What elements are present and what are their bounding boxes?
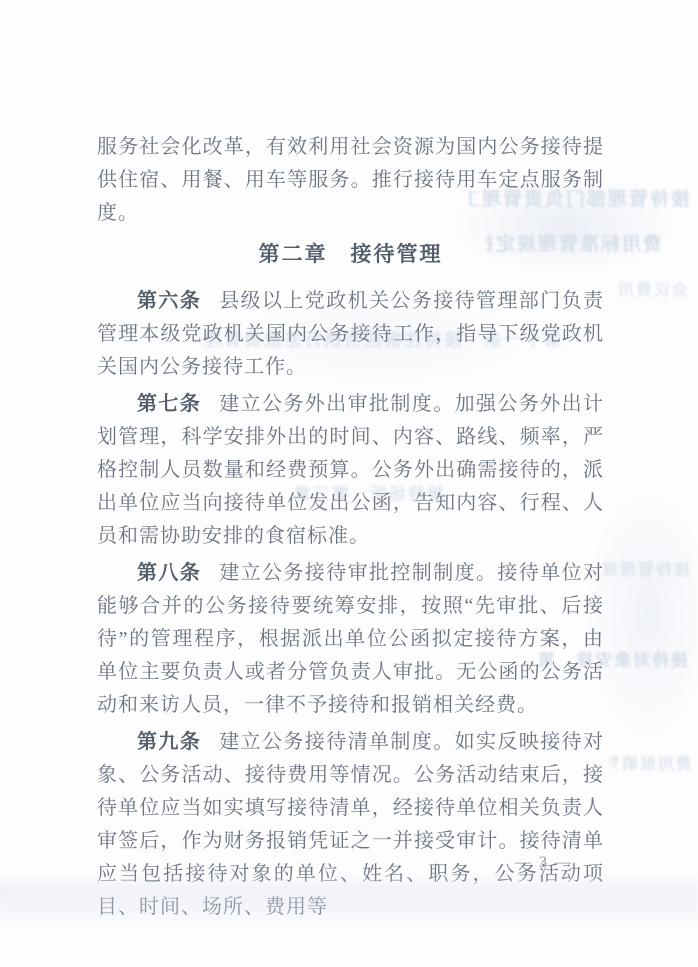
article-6-number: 第六条 [137,290,201,312]
article-7-text: 建立公务外出审批制度。加强公务外出计划管理，科学安排外出的时间、内容、路线、频率… [97,393,604,547]
article-9-number: 第九条 [137,731,201,753]
article-9: 第九条建立公务接待清单制度。如实反映接待对象、公务活动、接待费用等情况。公务活动… [97,726,604,924]
article-8-number: 第八条 [137,562,201,584]
bleed-through-text: 会议费用 [596,280,688,302]
bleed-through-text: 接待管理规定 [598,560,690,582]
chapter-heading: 第二章 接待管理 [97,238,604,271]
article-9-text: 建立公务接待清单制度。如实反映接待对象、公务活动、接待费用等情况。公务活动结束后… [97,731,604,918]
page-number: — 3 — [478,854,610,872]
document-page: 接待管理部门负责管理工作 费用标准管理规定执行 第十一条 接待住宿应当执行差旅费… [0,0,698,967]
article-8: 第八条建立公务接待审批控制制度。接待单位对能够合并的公务接待要统筹安排，按照“先… [97,557,604,722]
article-7: 第七条建立公务外出审批制度。加强公务外出计划管理，科学安排外出的时间、内容、路线… [97,388,604,553]
paragraph-continuation: 服务社会化改革，有效利用社会资源为国内公务接待提供住宿、用餐、用车等服务。推行接… [97,131,604,230]
article-6: 第六条县级以上党政机关公务接待管理部门负责管理本级党政机关国内公务接待工作，指导… [97,285,604,384]
document-body: 服务社会化改革，有效利用社会资源为国内公务接待提供住宿、用餐、用车等服务。推行接… [97,131,604,928]
bleed-through-text: 费用报销凭证 [610,754,692,776]
article-8-text: 建立公务接待审批控制制度。接待单位对能够合并的公务接待要统筹安排，按照“先审批、… [97,562,604,716]
article-7-number: 第七条 [137,393,201,415]
